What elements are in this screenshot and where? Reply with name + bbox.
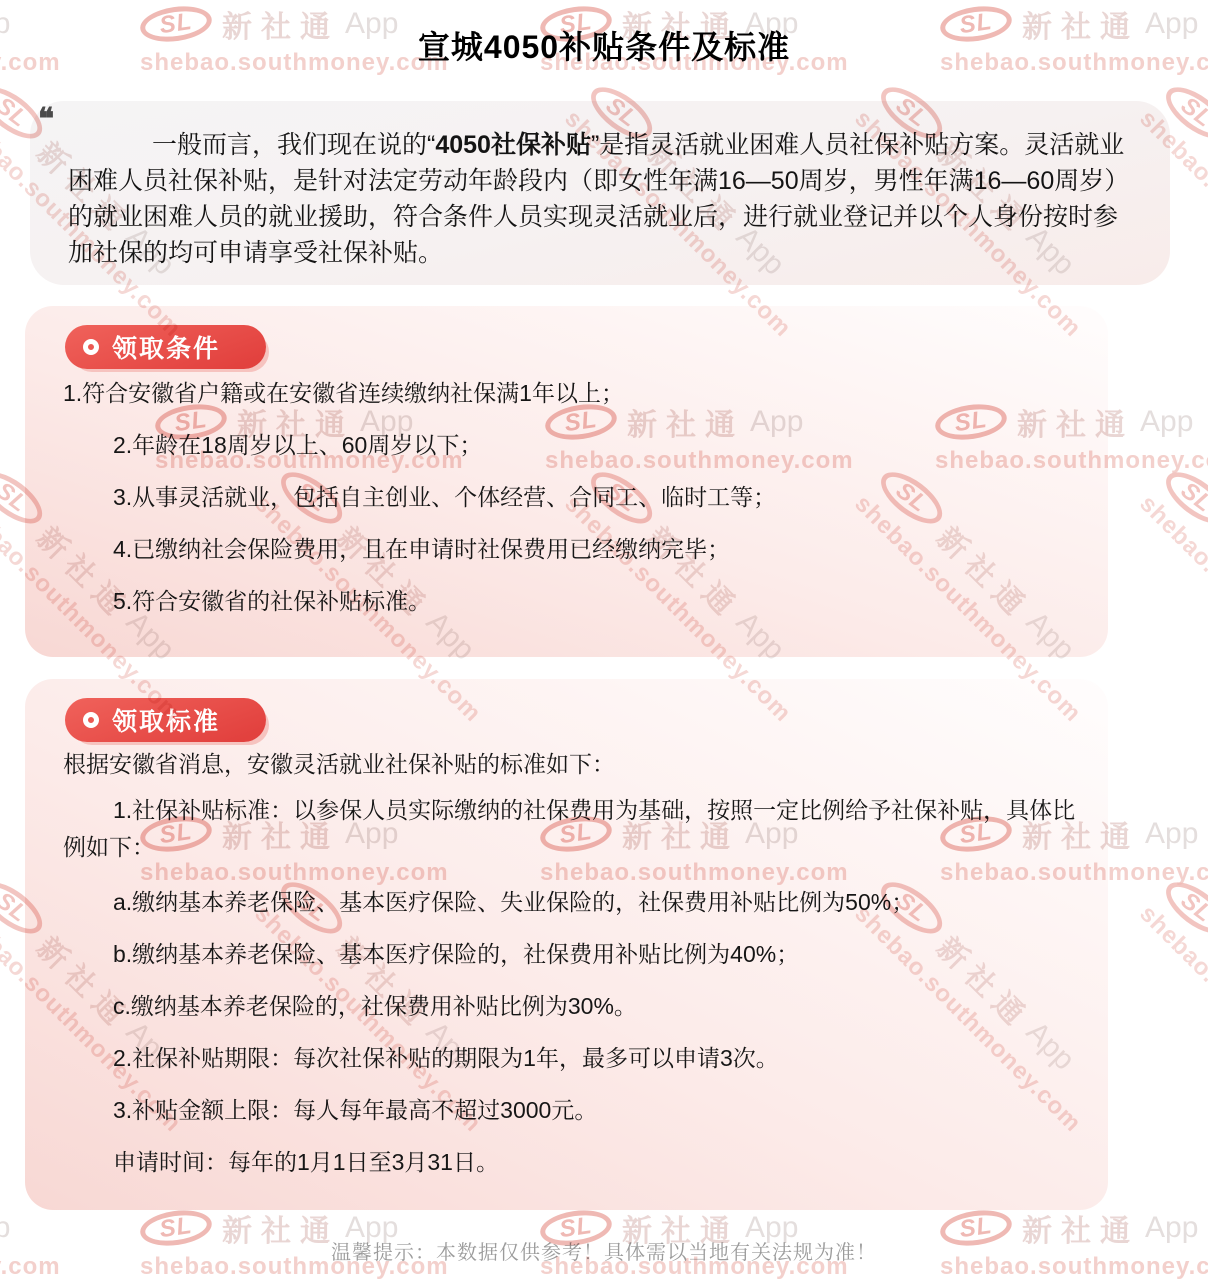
quote-icon: ❝ [38,105,54,135]
article: 宣城4050补贴条件及标准 ❝ 一般而言，我们现在说的“4050社保补贴”是指灵… [0,0,1208,1265]
intro-card: ❝ 一般而言，我们现在说的“4050社保补贴”是指灵活就业困难人员社保补贴方案。… [30,101,1170,285]
intro-text-before: 一般而言，我们现在说的“ [152,131,435,159]
conditions-badge-label: 领取条件 [112,329,220,365]
standard-item: 2.社保补贴期限：每次社保补贴的期限为1年，最多可以申请3次。 [113,1042,1094,1074]
standard-item: a.缴纳基本养老保险、基本医疗保险、失业保险的，社保费用补贴比例为50%； [113,886,1094,918]
standard-item: c.缴纳基本养老保险的，社保费用补贴比例为30%。 [113,990,1094,1022]
page-title: 宣城4050补贴条件及标准 [0,0,1208,68]
condition-item: 1.符合安徽省户籍或在安徽省连续缴纳社保满1年以上； [63,377,1094,409]
ring-icon [83,712,99,728]
standards-lead: 根据安徽省消息，安徽灵活就业社保补贴的标准如下： [63,748,1094,780]
footer-tip: 温馨提示：本数据仅供参考！具体需以当地有关法规为准！ [0,1236,1208,1265]
intro-paragraph: 一般而言，我们现在说的“4050社保补贴”是指灵活就业困难人员社保补贴方案。灵活… [68,127,1130,271]
standards-badge-label: 领取标准 [112,702,220,738]
standard-item: 3.补贴金额上限：每人每年最高不超过3000元。 [113,1094,1094,1126]
condition-item: 3.从事灵活就业，包括自主创业、个体经营、合同工、临时工等； [113,481,1094,513]
ring-icon [83,339,99,355]
condition-item: 2.年龄在18周岁以上、60周岁以下； [113,429,1094,461]
standard-item: 申请时间：每年的1月1日至3月31日。 [113,1146,1094,1178]
condition-item: 5.符合安徽省的社保补贴标准。 [113,585,1094,617]
conditions-badge: 领取条件 [65,325,266,369]
condition-item: 4.已缴纳社会保险费用，且在申请时社保费用已经缴纳完毕； [113,533,1094,565]
intro-text-bold: 4050社保补贴 [435,131,591,159]
standard-item: b.缴纳基本养老保险、基本医疗保险的，社保费用补贴比例为40%； [113,938,1094,970]
standards-section: 领取标准 根据安徽省消息，安徽灵活就业社保补贴的标准如下： 1.社保补贴标准：以… [25,679,1108,1210]
conditions-section: 领取条件 1.符合安徽省户籍或在安徽省连续缴纳社保满1年以上； 2.年龄在18周… [25,306,1108,657]
standard-item: 1.社保补贴标准：以参保人员实际缴纳的社保费用为基础，按照一定比例给予社保补贴，… [63,792,1094,866]
standards-badge: 领取标准 [65,698,266,742]
